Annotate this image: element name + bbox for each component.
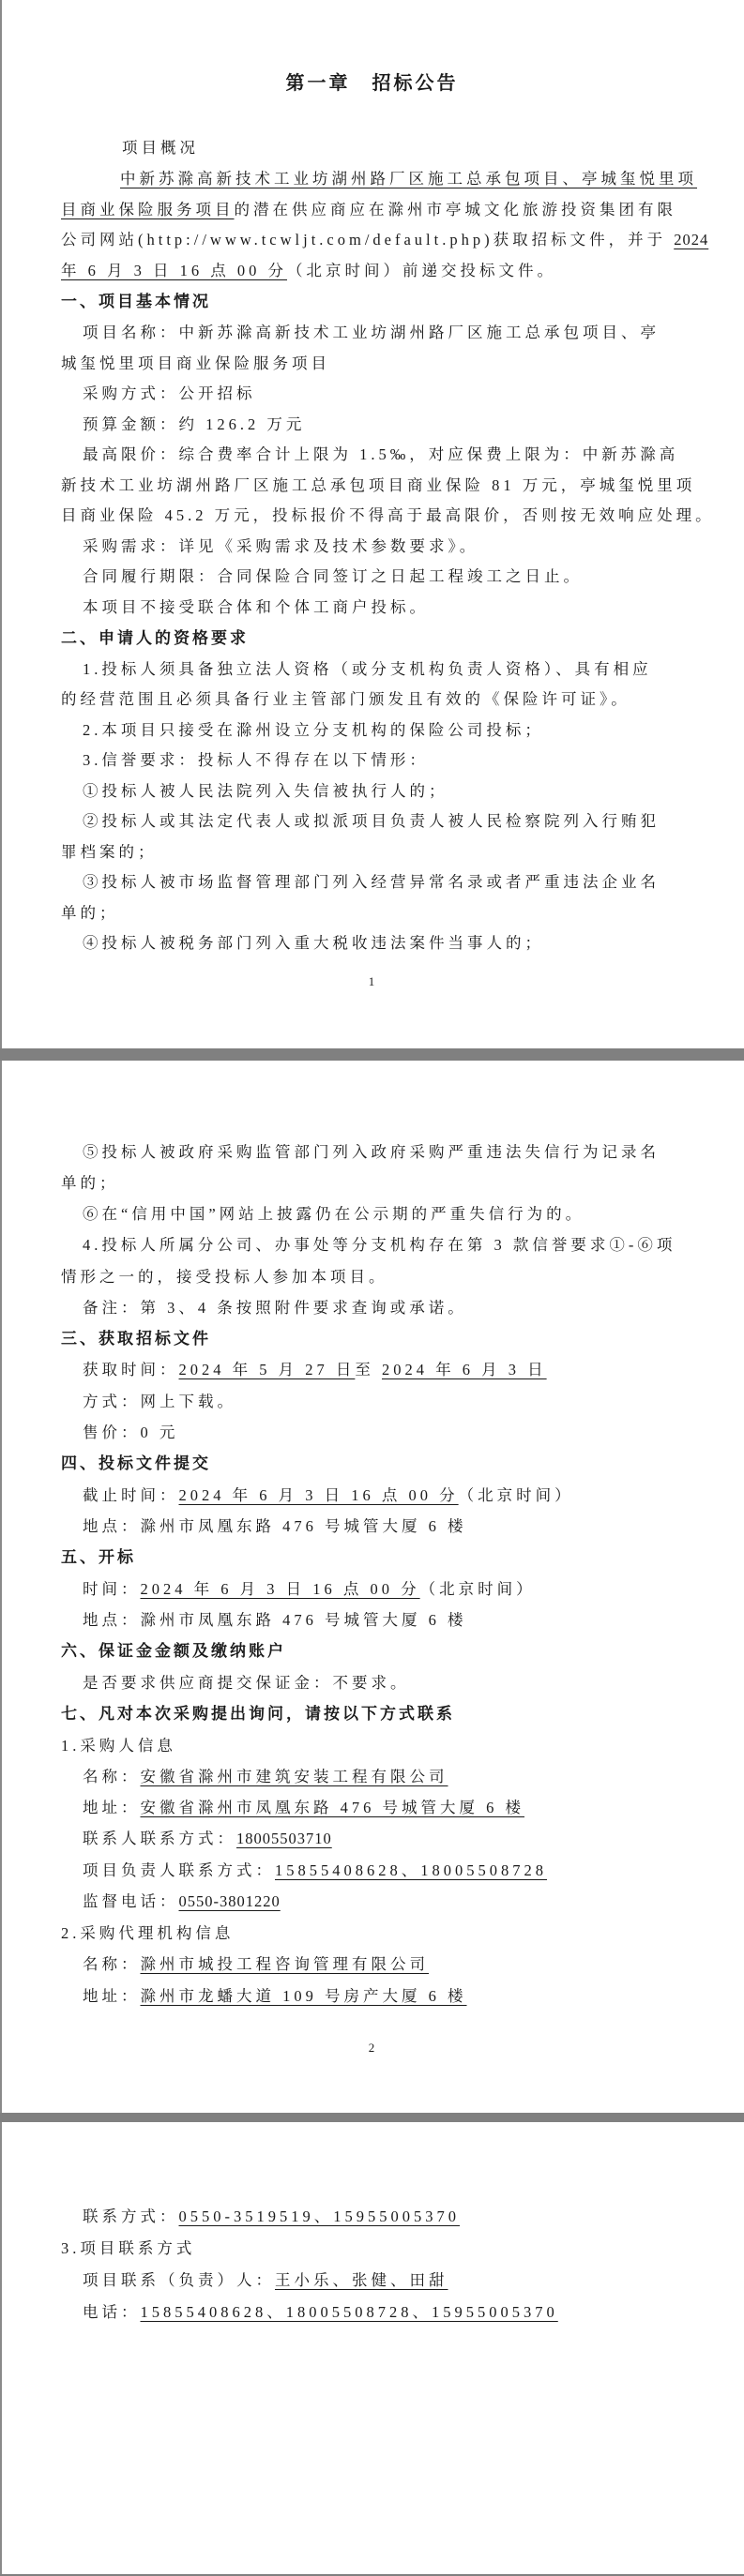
- text-segment: 名称：: [83, 1768, 141, 1785]
- text-segment: 罪档案的；: [61, 843, 158, 861]
- underlined-text: 15855408628、18005508728: [275, 1861, 547, 1879]
- text-segment: 项目负责人联系方式：: [83, 1861, 275, 1879]
- text-segment: 3.项目联系方式: [61, 2239, 195, 2257]
- text-segment: 项目名称：中新苏滁高新技术工业坊湖州路厂区施工总承包项目、亭: [83, 324, 660, 341]
- text-line: 目商业保险 45.2 万元，投标报价不得高于最高限价，否则按无效响应处理。: [61, 505, 715, 526]
- text-segment: 1: [369, 974, 376, 988]
- text-segment: 单的；: [61, 904, 119, 922]
- underlined-text: 15855408628、18005508728、15955005370: [141, 2303, 558, 2321]
- text-line: ②投标人或其法定代表人或拟派项目负责人被人民检察院列入行贿犯: [83, 811, 660, 832]
- text-segment: ④投标人被税务部门列入重大税收违法案件当事人的；: [83, 934, 544, 952]
- text-line: 项目负责人联系方式：15855408628、18005508728: [83, 1860, 547, 1881]
- text-line: 是否要求供应商提交保证金：不要求。: [83, 1673, 410, 1694]
- text-segment: 的经营范围且必须具备行业主管部门颁发且有效的《保险许可证》。: [61, 690, 630, 708]
- text-segment: 1.投标人须具备独立法人资格（或分支机构负责人资格）、具有相应: [83, 660, 652, 678]
- underlined-text: 2024: [674, 231, 708, 249]
- text-line: 2.采购代理机构信息: [61, 1923, 234, 1944]
- text-segment: 地址：: [83, 1799, 141, 1816]
- text-segment: ③投标人被市场监督管理部门列入经营异常名录或者严重违法企业名: [83, 873, 660, 891]
- text-line: 4.投标人所属分公司、办事处等分支机构存在第 3 款信誉要求①-⑥项: [83, 1235, 676, 1256]
- text-segment: 公司网站(http://www.tcwljt.com/default.php)获…: [61, 231, 674, 249]
- text-line: 项目联系（负责）人：王小乐、张健、田甜: [83, 2270, 448, 2291]
- text-line: ③投标人被市场监督管理部门列入经营异常名录或者严重违法企业名: [83, 872, 660, 893]
- underlined-text: 安徽省滁州市凤凰东路 476 号城管大厦 6 楼: [141, 1799, 525, 1816]
- text-segment: 五、开标: [61, 1548, 136, 1566]
- text-line: 名称：安徽省滁州市建筑安装工程有限公司: [83, 1767, 448, 1787]
- text-segment: 单的；: [61, 1174, 119, 1192]
- underlined-text: 18005503710: [236, 1830, 332, 1847]
- text-line: 联系人联系方式：18005503710: [83, 1829, 332, 1849]
- text-segment: 2.采购代理机构信息: [61, 1924, 234, 1942]
- underlined-text: 中新苏滁高新技术工业坊湖州路厂区施工总承包项目、亭城玺悦里项: [120, 170, 697, 188]
- text-line: ⑤投标人被政府采购监管部门列入政府采购严重违法失信行为记录名: [83, 1142, 660, 1163]
- text-line: 合同履行期限：合同保险合同签订之日起工程竣工之日止。: [83, 566, 583, 587]
- text-segment: 七、凡对本次采购提出询问，请按以下方式联系: [61, 1705, 455, 1723]
- underlined-text: 滁州市城投工程咨询管理有限公司: [141, 1955, 430, 1973]
- text-segment: 项目概况: [122, 139, 199, 157]
- underlined-text: 2024 年 6 月 3 日 16 点 00 分: [179, 1486, 459, 1504]
- text-segment: 至: [355, 1361, 382, 1378]
- text-segment: 目商业保险 45.2 万元，投标报价不得高于最高限价，否则按无效响应处理。: [61, 506, 715, 524]
- text-line: 情形之一的，接受投标人参加本项目。: [61, 1267, 388, 1288]
- text-line: ①投标人被人民法院列入失信被执行人的；: [83, 781, 448, 802]
- underlined-text: 安徽省滁州市建筑安装工程有限公司: [141, 1768, 448, 1785]
- section-heading: 三、获取招标文件: [61, 1329, 211, 1349]
- text-line: 名称：滁州市城投工程咨询管理有限公司: [83, 1954, 429, 1975]
- underlined-text: 0550-3801220: [179, 1892, 281, 1910]
- text-line: 最高限价：综合费率合计上限为 1.5‰，对应保费上限为：中新苏滁高: [83, 444, 678, 465]
- underlined-text: 王小乐、张健、田甜: [275, 2271, 448, 2289]
- text-line: 新技术工业坊湖州路厂区施工总承包项目商业保险 81 万元，亭城玺悦里项: [61, 475, 695, 496]
- text-line: 联系方式：0550-3519519、15955005370: [83, 2207, 460, 2227]
- text-segment: 名称：: [83, 1955, 141, 1973]
- text-segment: 采购方式：公开招标: [83, 384, 256, 402]
- text-line: ④投标人被税务部门列入重大税收违法案件当事人的；: [83, 933, 544, 954]
- text-line: 监督电话：0550-3801220: [83, 1891, 281, 1912]
- text-segment: 本项目不接受联合体和个体工商户投标。: [83, 598, 429, 616]
- text-line: 电话：15855408628、18005508728、15955005370: [83, 2302, 558, 2323]
- page-separator-1: [0, 1048, 744, 1061]
- section-heading: 六、保证金金额及缴纳账户: [61, 1641, 286, 1662]
- underlined-text: 2024 年 6 月 3 日 16 点 00 分: [141, 1580, 420, 1598]
- text-line: 城玺悦里项目商业保险服务项目: [61, 354, 330, 374]
- text-segment: 3.信誉要求：投标人不得存在以下情形：: [83, 751, 429, 769]
- text-segment: 2: [369, 2041, 376, 2055]
- text-segment: 1.采购人信息: [61, 1737, 176, 1755]
- text-line: 项目名称：中新苏滁高新技术工业坊湖州路厂区施工总承包项目、亭: [83, 323, 660, 343]
- document-title: 第一章 招标公告: [0, 73, 744, 94]
- text-segment: 备注：第 3、4 条按照附件要求查询或承诺。: [83, 1299, 467, 1317]
- text-segment: ⑤投标人被政府采购监管部门列入政府采购严重违法失信行为记录名: [83, 1143, 660, 1161]
- text-line: 项目概况: [122, 138, 199, 158]
- section-heading: 七、凡对本次采购提出询问，请按以下方式联系: [61, 1704, 455, 1725]
- text-line: 本项目不接受联合体和个体工商户投标。: [83, 597, 429, 618]
- text-segment: 城玺悦里项目商业保险服务项目: [61, 354, 330, 372]
- text-line: 3.信誉要求：投标人不得存在以下情形：: [83, 750, 429, 771]
- text-segment: （北京时间）前递交投标文件。: [287, 262, 556, 279]
- text-segment: 采购需求：详见《采购需求及技术参数要求》。: [83, 537, 478, 555]
- text-segment: 六、保证金金额及缴纳账户: [61, 1642, 286, 1660]
- page-separator-2: [0, 2113, 744, 2122]
- text-segment: 地址：: [83, 1987, 141, 2005]
- text-segment: 地点：滁州市凤凰东路 476 号城管大厦 6 楼: [83, 1611, 467, 1629]
- text-line: 截止时间：2024 年 6 月 3 日 16 点 00 分（北京时间）: [83, 1485, 574, 1506]
- text-line: 备注：第 3、4 条按照附件要求查询或承诺。: [83, 1298, 467, 1318]
- text-segment: 的潜在供应商应在滁州市亭城文化旅游投资集团有限: [235, 201, 677, 218]
- text-segment: 一、项目基本情况: [61, 293, 211, 310]
- underlined-text: 年 6 月 3 日 16 点 00 分: [61, 262, 287, 279]
- text-line: 目商业保险服务项目的潜在供应商应在滁州市亭城文化旅游投资集团有限: [61, 200, 676, 220]
- text-segment: 第一章 招标公告: [286, 73, 459, 94]
- text-segment: 售价：0 元: [83, 1424, 178, 1441]
- text-segment: 联系方式：: [83, 2207, 179, 2225]
- text-segment: 预算金额：约 126.2 万元: [83, 415, 305, 433]
- text-segment: 二、申请人的资格要求: [61, 629, 249, 647]
- text-line: 售价：0 元: [83, 1423, 178, 1443]
- text-line: 罪档案的；: [61, 842, 158, 863]
- text-line: 获取时间：2024 年 5 月 27 日至 2024 年 6 月 3 日: [83, 1360, 547, 1380]
- text-line: 1.采购人信息: [61, 1736, 176, 1756]
- text-line: ⑥在“信用中国”网站上披露仍在公示期的严重失信行为的。: [83, 1204, 585, 1225]
- text-line: 地点：滁州市凤凰东路 476 号城管大厦 6 楼: [83, 1610, 467, 1631]
- text-line: 地址：安徽省滁州市凤凰东路 476 号城管大厦 6 楼: [83, 1798, 524, 1818]
- text-line: 方式：网上下载。: [83, 1392, 236, 1412]
- text-line: 时间：2024 年 6 月 3 日 16 点 00 分（北京时间）: [83, 1579, 536, 1600]
- text-line: 单的；: [61, 1173, 119, 1194]
- text-line: 单的；: [61, 903, 119, 924]
- text-segment: 项目联系（负责）人：: [83, 2271, 275, 2289]
- underlined-text: 0550-3519519、15955005370: [179, 2207, 461, 2225]
- text-segment: 方式：网上下载。: [83, 1393, 236, 1410]
- text-segment: ①投标人被人民法院列入失信被执行人的；: [83, 782, 448, 800]
- text-line: 年 6 月 3 日 16 点 00 分（北京时间）前递交投标文件。: [61, 261, 556, 281]
- text-segment: （北京时间）: [459, 1486, 574, 1504]
- text-segment: 情形之一的，接受投标人参加本项目。: [61, 1268, 388, 1286]
- text-line: 中新苏滁高新技术工业坊湖州路厂区施工总承包项目、亭城玺悦里项: [120, 169, 697, 189]
- underlined-text: 目商业保险服务项目: [61, 201, 235, 218]
- section-heading: 四、投标文件提交: [61, 1454, 211, 1474]
- text-segment: 4.投标人所属分公司、办事处等分支机构存在第 3 款信誉要求①-⑥项: [83, 1236, 676, 1254]
- section-heading: 一、项目基本情况: [61, 292, 211, 312]
- text-segment: 新技术工业坊湖州路厂区施工总承包项目商业保险 81 万元，亭城玺悦里项: [61, 476, 695, 494]
- document-viewer: 第一章 招标公告项目概况中新苏滁高新技术工业坊湖州路厂区施工总承包项目、亭城玺悦…: [0, 0, 744, 2576]
- text-segment: 电话：: [83, 2303, 141, 2321]
- page-left-border: [0, 0, 2, 2576]
- text-segment: 合同履行期限：合同保险合同签订之日起工程竣工之日止。: [83, 567, 583, 585]
- text-line: 采购方式：公开招标: [83, 384, 256, 404]
- text-segment: 获取时间：: [83, 1361, 179, 1378]
- text-line: 预算金额：约 126.2 万元: [83, 414, 305, 435]
- text-segment: ②投标人或其法定代表人或拟派项目负责人被人民检察院列入行贿犯: [83, 812, 660, 830]
- text-segment: 是否要求供应商提交保证金：不要求。: [83, 1674, 410, 1692]
- text-line: 地点：滁州市凤凰东路 476 号城管大厦 6 楼: [83, 1516, 467, 1537]
- underlined-text: 滁州市龙蟠大道 109 号房产大厦 6 楼: [141, 1987, 467, 2005]
- text-segment: 三、获取招标文件: [61, 1330, 211, 1348]
- text-line: 3.项目联系方式: [61, 2238, 195, 2259]
- text-segment: 地点：滁州市凤凰东路 476 号城管大厦 6 楼: [83, 1517, 467, 1535]
- page-number: 1: [0, 972, 744, 992]
- text-line: 1.投标人须具备独立法人资格（或分支机构负责人资格）、具有相应: [83, 659, 652, 680]
- text-segment: 截止时间：: [83, 1486, 179, 1504]
- text-segment: 时间：: [83, 1580, 141, 1598]
- text-segment: 四、投标文件提交: [61, 1454, 211, 1472]
- text-segment: （北京时间）: [420, 1580, 536, 1598]
- text-segment: 2.本项目只接受在滁州设立分支机构的保险公司投标；: [83, 721, 544, 739]
- page-number: 2: [0, 2038, 744, 2058]
- text-line: 的经营范围且必须具备行业主管部门颁发且有效的《保险许可证》。: [61, 689, 630, 710]
- text-line: 地址：滁州市龙蟠大道 109 号房产大厦 6 楼: [83, 1986, 467, 2007]
- underlined-text: 2024 年 5 月 27 日: [179, 1361, 356, 1378]
- text-line: 采购需求：详见《采购需求及技术参数要求》。: [83, 536, 478, 557]
- section-heading: 五、开标: [61, 1547, 136, 1568]
- text-segment: 监督电话：: [83, 1892, 179, 1910]
- text-segment: ⑥在“信用中国”网站上披露仍在公示期的严重失信行为的。: [83, 1205, 585, 1223]
- text-segment: 最高限价：综合费率合计上限为 1.5‰，对应保费上限为：中新苏滁高: [83, 445, 678, 463]
- text-segment: 联系人联系方式：: [83, 1830, 236, 1847]
- underlined-text: 2024 年 6 月 3 日: [382, 1361, 547, 1378]
- text-line: 公司网站(http://www.tcwljt.com/default.php)获…: [61, 230, 708, 250]
- section-heading: 二、申请人的资格要求: [61, 628, 249, 649]
- text-line: 2.本项目只接受在滁州设立分支机构的保险公司投标；: [83, 720, 544, 741]
